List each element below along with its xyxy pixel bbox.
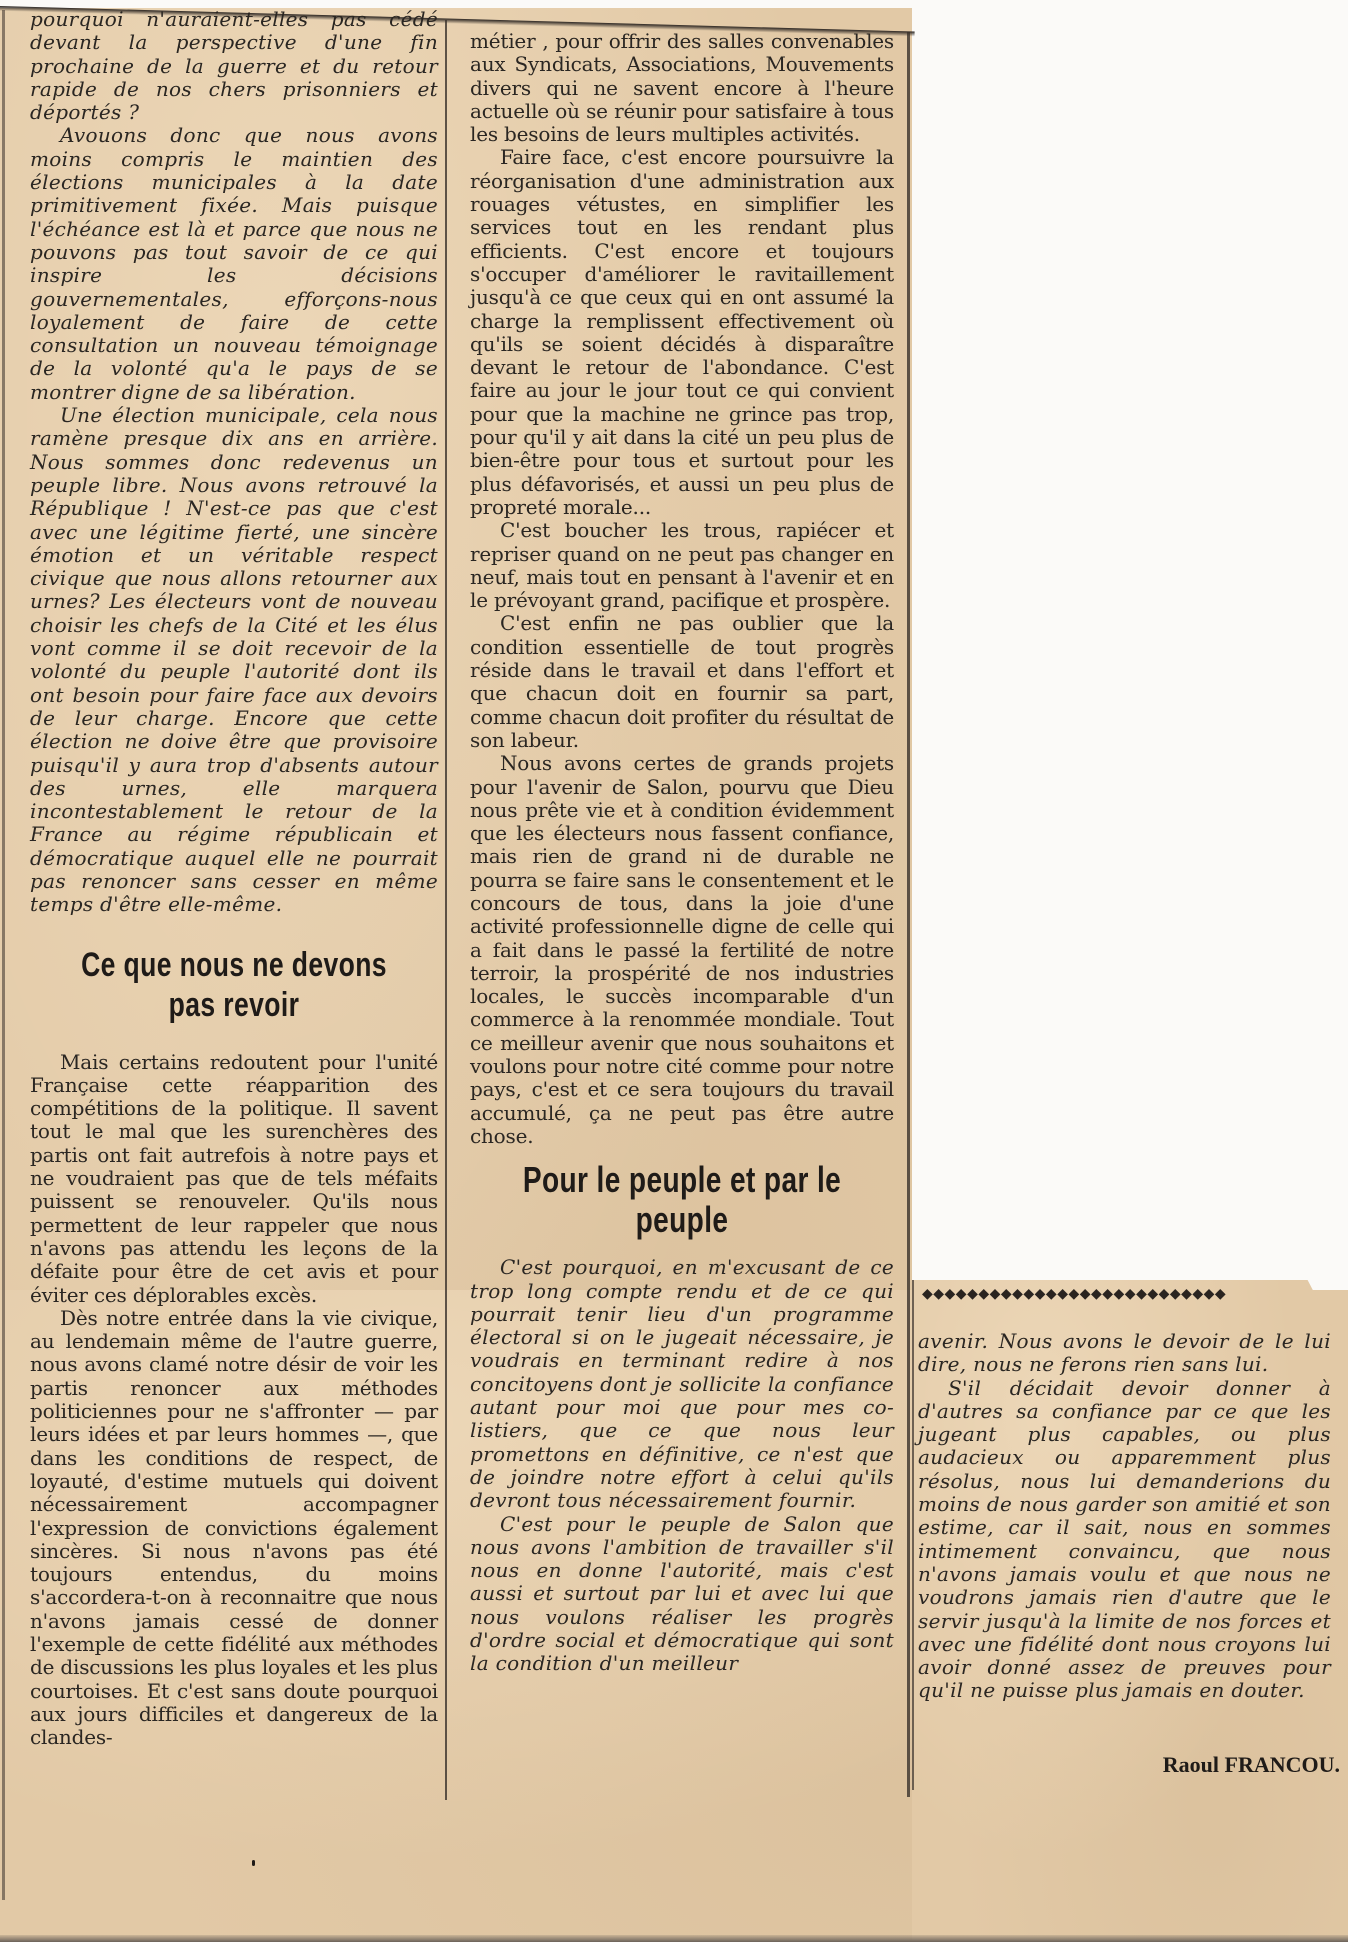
paragraph: Dès notre entrée dans la vie civique, au… xyxy=(30,1307,438,1750)
paragraph: C'est pourquoi, en m'excusant de ce trop… xyxy=(470,1256,894,1512)
middle-column: métier , pour offrir des salles convenab… xyxy=(470,30,894,1676)
paragraph: métier , pour offrir des salles convenab… xyxy=(470,30,894,146)
paragraph: Avouons donc que nous avons moins compri… xyxy=(30,124,438,404)
paragraph: Nous avons certes de grands projets pour… xyxy=(470,752,894,1148)
diamond-separator: ◆◆◆◆◆◆◆◆◆◆◆◆◆◆◆◆◆◆◆◆◆◆◆◆◆◆◆ xyxy=(922,1286,1322,1302)
column-rule-1 xyxy=(445,20,447,1800)
headline-ce-que-nous: Ce que nous ne devons pas revoir xyxy=(75,945,393,1025)
paper-speck xyxy=(252,1860,255,1866)
paragraph: C'est pour le peuple de Salon que nous a… xyxy=(470,1513,894,1676)
author-signature: Raoul FRANCOU. xyxy=(1100,1752,1340,1778)
paragraph: C'est enfin ne pas oublier que la condit… xyxy=(470,612,894,752)
right-column: avenir. Nous avons le devoir de le lui d… xyxy=(918,1330,1331,1703)
paragraph: S'il décidait devoir donner à d'autres s… xyxy=(918,1377,1331,1703)
column-rule-2 xyxy=(907,32,910,1797)
paragraph: pourquoi n'auraient-elles pas cédé devan… xyxy=(30,8,438,124)
left-edge-rule xyxy=(2,10,5,1900)
column-rule-3 xyxy=(912,1280,914,1790)
paragraph: C'est boucher les trous, rapiécer et rep… xyxy=(470,519,894,612)
paragraph: Faire face, c'est encore poursuivre la r… xyxy=(470,146,894,519)
headline-pour-le-peuple: Pour le peuple et par le peuple xyxy=(517,1160,848,1240)
paragraph: avenir. Nous avons le devoir de le lui d… xyxy=(918,1330,1331,1377)
left-column: pourquoi n'auraient-elles pas cédé devan… xyxy=(30,8,438,1749)
bottom-fold-shadow xyxy=(0,1935,1348,1942)
paragraph: Mais certains redoutent pour l'unité Fra… xyxy=(30,1051,438,1307)
paragraph: Une élection municipale, cela nous ramèn… xyxy=(30,404,438,917)
